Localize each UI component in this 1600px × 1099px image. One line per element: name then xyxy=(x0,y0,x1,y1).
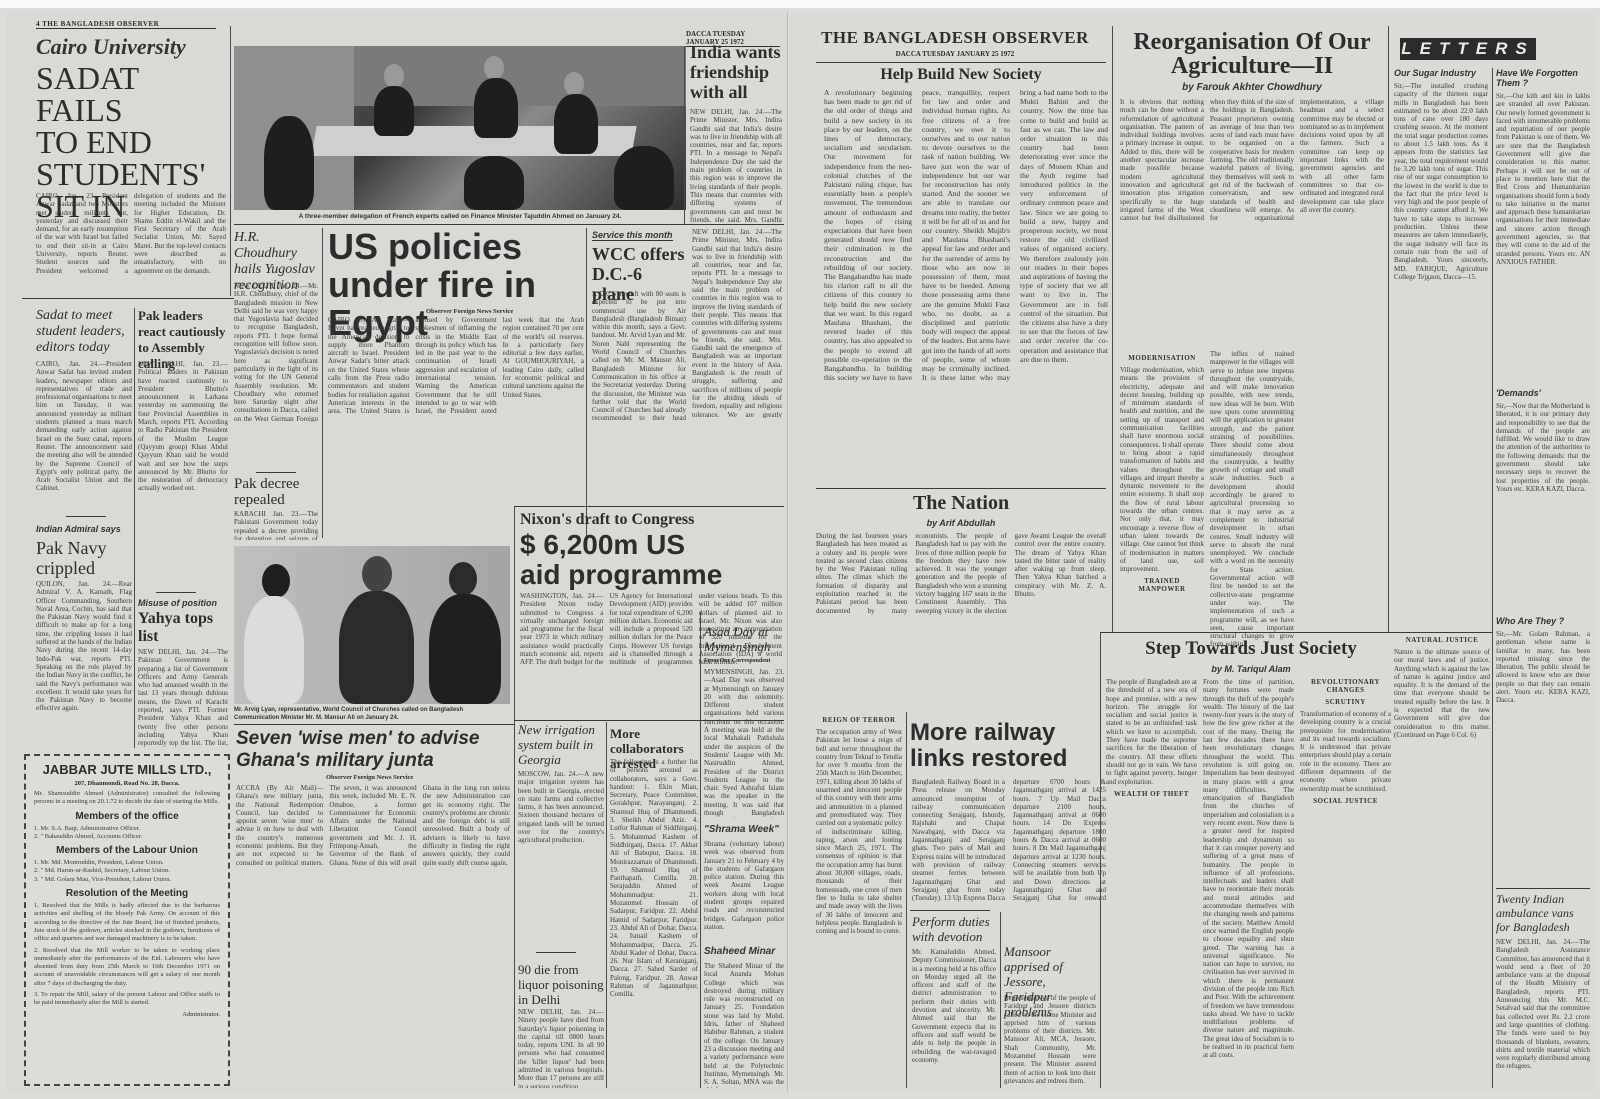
wcc-meeting-photo xyxy=(234,546,510,704)
collaborators-body: The following is a further list of perso… xyxy=(610,758,698,1088)
scrutiny-body: Transformation of economy of a developin… xyxy=(1300,710,1391,793)
social-justice-subhead: SOCIAL JUSTICE xyxy=(1300,797,1391,805)
just-society-body: The people of Bangladesh are at the thre… xyxy=(1106,678,1197,786)
nixon-kicker: Nixon's draft to Congress xyxy=(520,510,786,530)
lead-kicker: Cairo University xyxy=(36,34,186,60)
ambulance-body: NEW DELHI, Jan. 24.—The Bangladesh Assis… xyxy=(1496,938,1590,1088)
left-page: 4 THE BANGLADESH OBSERVER Cairo Universi… xyxy=(6,12,788,1092)
us-policies-body: CAIRO (By Air Mail)—Egypt has reacted an… xyxy=(328,316,584,538)
ad-union-heading: Members of the Labour Union xyxy=(34,845,220,856)
shrama-week-headline: "Shrama Week" xyxy=(704,824,779,835)
letter-body: Sir,—The installed crushing capacity of … xyxy=(1394,82,1488,628)
nation-body: During the last fourteen years Banglades… xyxy=(816,532,1106,708)
yahya-headline: Yahya tops list xyxy=(138,610,230,646)
railway-headline: More railway links restored xyxy=(910,720,1106,772)
top-photo-caption: A three-member delegation of French expe… xyxy=(234,213,686,221)
ad-intro: Mr. Shamsuddin Ahmed (Administrator) con… xyxy=(34,790,220,807)
letter-title: Who Are They ? xyxy=(1496,616,1590,626)
ad-office-member: 2. " Bahauddin Ahmed, Accounts Officer. xyxy=(34,833,220,841)
asad-day-headline: Asad Day at Mymensingh xyxy=(704,624,784,654)
natural-justice-subhead: NATURAL JUSTICE xyxy=(1394,636,1490,644)
wcc-kicker: Service this month xyxy=(592,230,673,241)
india-body: NEW DELHI, Jan. 24.—The Prime Minister, … xyxy=(690,108,782,222)
scrutiny-subhead: SCRUTINY xyxy=(1300,698,1391,706)
yahya-body: NEW DELHI, Jan. 24.—The Pakistan Governm… xyxy=(138,648,228,748)
ghana-headline: Seven 'wise men' to advise Ghana's milit… xyxy=(236,728,512,772)
natural-justice: NATURAL JUSTICE Nature is the ultimate s… xyxy=(1394,632,1490,1088)
agriculture-continued: MODERNISATION Village modernisation, whi… xyxy=(1120,350,1384,630)
bottom-photo-caption: Mr. Arvig Lyan, representative, World Co… xyxy=(234,706,510,722)
irrigation-body: MOSCOW, Jan. 24.—A new major irrigation … xyxy=(518,770,604,934)
navy-kicker: Indian Admiral says xyxy=(36,524,121,534)
us-policies-service: Observer Foreign News Service xyxy=(426,308,513,315)
natural-justice-body: Nature is the ultimate source of our mor… xyxy=(1394,648,1490,739)
letters-banner: LETTERS xyxy=(1400,38,1536,60)
pak-decree-body: KARACHI Jan. 23.—The Pakistani Governmen… xyxy=(234,510,318,540)
ghana-body: ACCRA (By Air Mail)—Ghana's new military… xyxy=(236,784,510,1084)
jabbar-jute-mills-ad: JABBAR JUTE MILLS LTD., 207, Dhanmondi, … xyxy=(24,754,230,1086)
ad-resolution-heading: Resolution of the Meeting xyxy=(34,888,220,899)
letter-title: 'Demands' xyxy=(1496,388,1590,398)
just-society-headline: Step Towards Just Society xyxy=(1106,638,1396,660)
sadat-meet-headline: Sadat to meet student leaders, editors t… xyxy=(36,308,132,356)
asad-day-body: MYMENSINGH, Jan. 23.—Asad Day was observ… xyxy=(704,668,784,818)
agriculture-headline: Reorganisation Of Our Agriculture—II xyxy=(1120,30,1384,78)
wealth-subhead: WEALTH OF THEFT xyxy=(1106,790,1197,798)
nation-byline: by Arif Abdullah xyxy=(816,518,1106,528)
nixon-headline: $ 6,200m US aid programme xyxy=(520,530,786,590)
reign-of-terror-body: The occupation army of West Pakistan let… xyxy=(816,728,902,1088)
letter-body: Sir,—Now that the Motherland is liberate… xyxy=(1496,402,1590,612)
reign-of-terror-subhead: REIGN OF TERROR xyxy=(816,716,902,724)
yahya-kicker: Misuse of position xyxy=(138,598,217,608)
ad-resolution: 1. Resolved that the Mills is badly affe… xyxy=(34,902,220,943)
india-body-cont: NEW DELHI, Jan. 24.—The Prime Minister, … xyxy=(692,228,782,418)
page-folio: 4 THE BANGLADESH OBSERVER xyxy=(36,20,216,29)
letter-body: Sir,—Mr. Golam Rahman, a gentleman whose… xyxy=(1496,630,1590,886)
french-delegation-photo xyxy=(234,46,686,210)
pak-leaders-body: NEW DELHI, Jan. 23.—Political leaders in… xyxy=(138,360,228,586)
navy-body: QUILON, Jan. 24.—Rear Admiral V. A. Kama… xyxy=(36,580,132,750)
wealth-body: From the time of partition, many fortune… xyxy=(1203,678,1294,1060)
ad-office-heading: Members of the office xyxy=(34,811,220,822)
agriculture-body: It is obvious that nothing much can be d… xyxy=(1120,98,1384,348)
ad-union-member: 3. " Md. Golam Mau, Vice-President, Labo… xyxy=(34,876,220,884)
revolutionary-subhead: REVOLUTIONARY CHANGES xyxy=(1300,678,1391,694)
perform-duties-body: Mr. Kamaluddin Ahmed, Deputy Commissione… xyxy=(912,948,996,1088)
right-page: THE BANGLADESH OBSERVER DACCA TUESDAY JA… xyxy=(790,12,1596,1092)
masthead-dateline: DACCA TUESDAY JANUARY 25 1972 xyxy=(820,50,1090,58)
navy-headline: Pak Navy crippled xyxy=(36,538,132,578)
shaheed-minar-headline: Shaheed Minar xyxy=(704,946,775,957)
railway-body: Bangladesh Railway Board in a Press rele… xyxy=(912,778,1106,908)
editorial-body: A revolutionary beginning has been made … xyxy=(824,88,1108,484)
just-society-byline: by M. Tariqul Alam xyxy=(1106,664,1396,674)
masthead: THE BANGLADESH OBSERVER xyxy=(820,28,1090,48)
india-headline: India wants friendship with all xyxy=(690,42,786,102)
trained-manpower-body: The influx of trained manpower in the vi… xyxy=(1210,350,1294,649)
liquor-headline: 90 die from liquor poisoning in Delhi xyxy=(518,962,604,1007)
mansoor-body: Representatives of the people of Faridpu… xyxy=(1004,994,1096,1088)
letter-title: Have We Forgotten Them ? xyxy=(1496,68,1590,88)
ambulance-headline: Twenty Indian ambulance vans for Banglad… xyxy=(1496,892,1590,934)
sadat-meet-body: CAIRO, Jan. 24.—President Anwar Sadat ha… xyxy=(36,360,132,512)
nation-headline: The Nation xyxy=(816,492,1106,515)
liquor-body: NEW DELHI, Jan. 24.—Ninety people have d… xyxy=(518,1008,604,1088)
letter-body: Sir,—Our kith and kin in lakhs are stran… xyxy=(1496,92,1590,382)
ad-resolution: 2. Resolved that the Mill worker to be t… xyxy=(34,947,220,988)
wcc-body: A D.C.6 aircraft with 80 seats is expect… xyxy=(592,290,686,420)
modernisation-subhead: MODERNISATION xyxy=(1120,354,1204,362)
ghana-service: Observer Foreign News Service xyxy=(326,774,413,781)
editorial-headline: Help Build New Society xyxy=(816,66,1106,84)
asad-day-service: From Our Correspondent xyxy=(704,658,770,664)
perform-duties-headline: Perform duties with devotion xyxy=(912,914,996,944)
shrama-week-body: Shrama (voluntary labour) week was obser… xyxy=(704,840,784,940)
pak-decree-headline: Pak decree repealed xyxy=(234,476,318,508)
ad-resolution: 3. To repair the Mill, salary of the pre… xyxy=(34,991,220,1008)
ad-address: 207, Dhanmondi, Road No. 28, Dacca. xyxy=(34,780,220,787)
nation-continued: REIGN OF TERROR The occupation army of W… xyxy=(816,712,902,1088)
trained-manpower-subhead: TRAINED MANPOWER xyxy=(1120,577,1204,593)
ad-union-member: 2. " Md. Harun-ur-Rashid, Secretary, Lab… xyxy=(34,867,220,875)
newspaper-spread: 4 THE BANGLADESH OBSERVER Cairo Universi… xyxy=(0,8,1600,1099)
ad-signature: Administrator. xyxy=(34,1011,220,1018)
irrigation-headline: New irrigation system built in Georgia xyxy=(518,722,604,767)
shaheed-minar-body: The Shaheed Minar of the local Ananda Mo… xyxy=(704,962,784,1088)
modernisation-body: Village modernisation, which means the p… xyxy=(1120,366,1204,573)
ad-company: JABBAR JUTE MILLS LTD., xyxy=(34,762,220,777)
choudhury-body: NEW DELHI, Jan. 24.—Mr. H.R. Choudhury, … xyxy=(234,282,318,422)
ad-office-member: 1. Mr. S.A. Baqi, Administrative Officer… xyxy=(34,825,220,833)
agriculture-byline: by Farouk Akhter Chowdhury xyxy=(1120,82,1384,93)
letter-title: Our Sugar Industry xyxy=(1394,68,1488,78)
lead-body: CAIRO, Jan. 23.—President Anwar Sadat an… xyxy=(36,192,226,288)
ad-union-member: 1. Mr. Md. Moniruddin, President, Labour… xyxy=(34,859,220,867)
